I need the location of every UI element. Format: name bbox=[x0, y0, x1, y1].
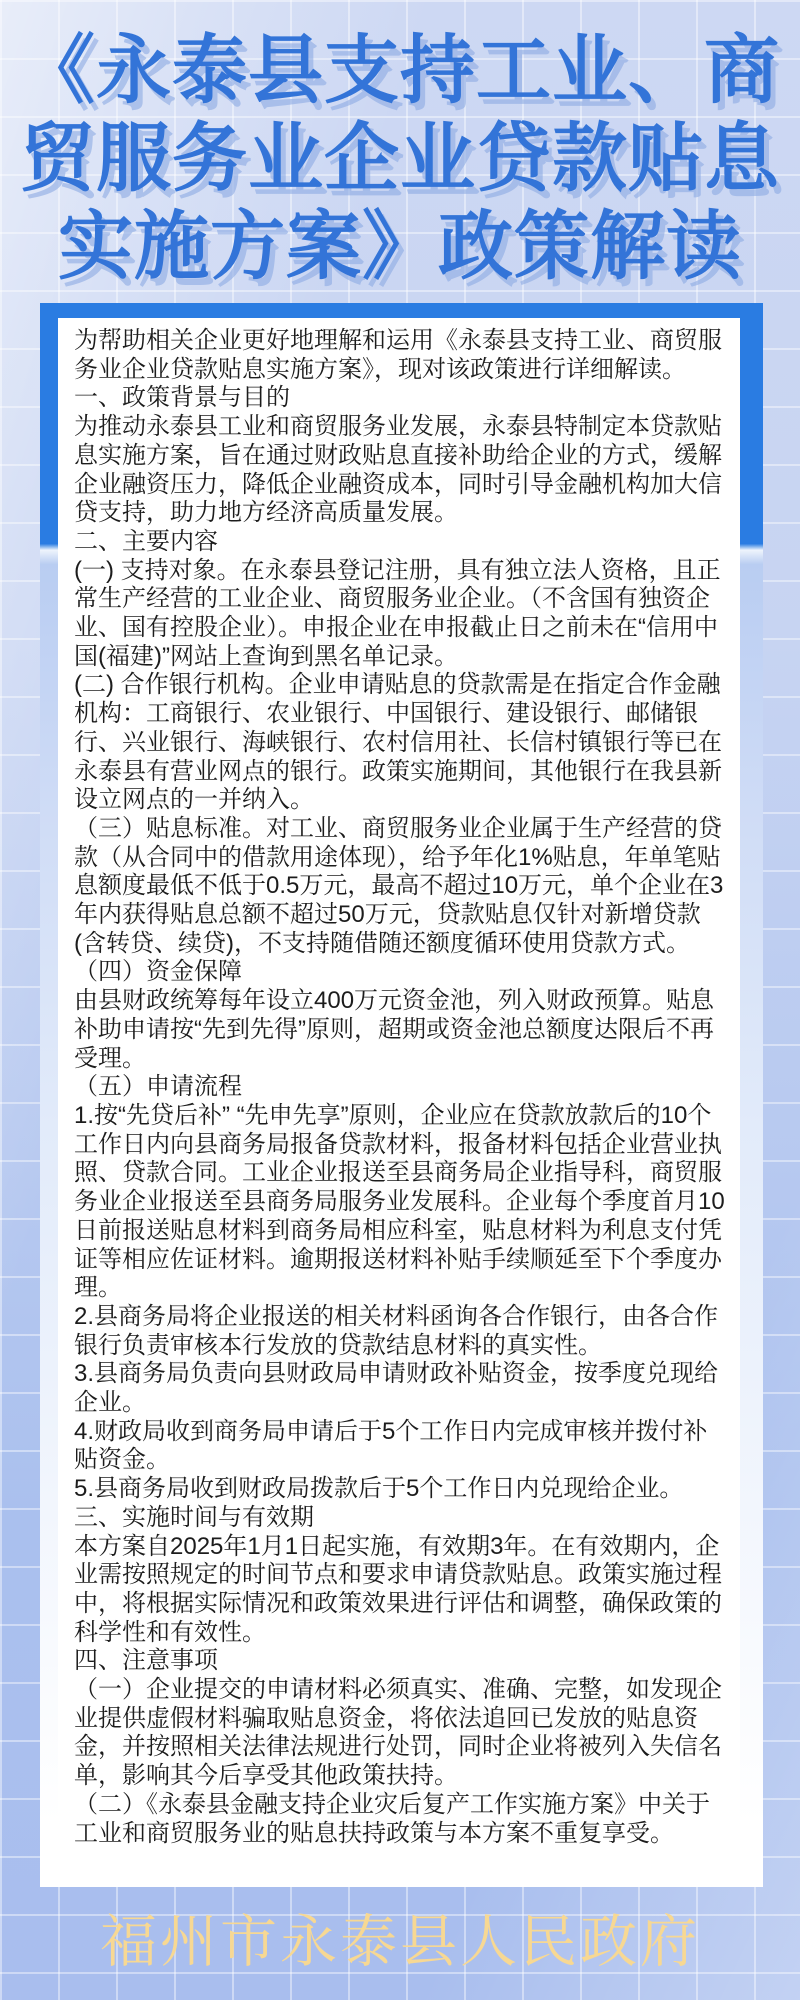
main-title-line-3: 实施方案》政策解读 bbox=[0, 202, 800, 290]
policy-paragraph: 二、主要内容 bbox=[74, 528, 728, 557]
policy-paragraph: (二) 合作银行机构。企业申请贴息的贷款需是在指定合作金融机构：工商银行、农业银… bbox=[74, 671, 728, 815]
policy-paragraph: (一) 支持对象。在永泰县登记注册，具有独立法人资格，且正常生产经营的工业企业、… bbox=[74, 557, 728, 672]
main-title-line-2: 贸服务业企业贷款贴息 bbox=[0, 114, 800, 202]
policy-paragraph: 一、政策背景与目的 bbox=[74, 384, 728, 413]
policy-paragraph: 由县财政统筹每年设立400万元资金池，列入财政预算。贴息补助申请按“先到先得”原… bbox=[74, 987, 728, 1073]
policy-paragraph: 为帮助相关企业更好地理解和运用《永泰县支持工业、商贸服务业企业贷款贴息实施方案》… bbox=[74, 327, 728, 384]
policy-paragraph: （二）《永泰县金融支持企业灾后复产工作实施方案》中关于工业和商贸服务业的贴息扶持… bbox=[74, 1791, 728, 1848]
policy-paragraph: 四、注意事项 bbox=[74, 1647, 728, 1676]
policy-paragraph: 1.按“先贷后补” “先申先享”原则，企业应在贷款放款后的10个工作日内向县商务… bbox=[74, 1102, 728, 1303]
policy-paragraph: 3.县商务局负责向县财政局申请财政补贴资金，按季度兑现给企业。 bbox=[74, 1360, 728, 1417]
policy-paragraph: （一）企业提交的申请材料必须真实、准确、完整，如发现企业提供虚假材料骗取贴息资金… bbox=[74, 1676, 728, 1791]
policy-card-frame: 为帮助相关企业更好地理解和运用《永泰县支持工业、商贸服务业企业贷款贴息实施方案》… bbox=[40, 303, 763, 1887]
policy-paragraph: 5.县商务局收到财政局拨款后于5个工作日内兑现给企业。 bbox=[74, 1475, 728, 1504]
policy-paragraph: （三）贴息标准。对工业、商贸服务业企业属于生产经营的贷款（从合同中的借款用途体现… bbox=[74, 815, 728, 959]
policy-paragraph: （四）资金保障 bbox=[74, 958, 728, 987]
card-paragraphs: 为帮助相关企业更好地理解和运用《永泰县支持工业、商贸服务业企业贷款贴息实施方案》… bbox=[58, 318, 740, 1858]
main-title-line-1: 《永泰县支持工业、商 bbox=[0, 26, 800, 114]
policy-paragraph: 为推动永泰县工业和商贸服务业发展，永泰县特制定本贷款贴息实施方案，旨在通过财政贴… bbox=[74, 413, 728, 528]
policy-paragraph: （五）申请流程 bbox=[74, 1073, 728, 1102]
poster-background: 《永泰县支持工业、商 贸服务业企业贷款贴息 实施方案》政策解读 为帮助相关企业更… bbox=[0, 0, 800, 2000]
main-title: 《永泰县支持工业、商 贸服务业企业贷款贴息 实施方案》政策解读 bbox=[0, 26, 800, 290]
policy-paragraph: 本方案自2025年1月1日起实施，有效期3年。在有效期内，企业需按照规定的时间节… bbox=[74, 1533, 728, 1648]
policy-paragraph: 三、实施时间与有效期 bbox=[74, 1504, 728, 1533]
footer-government-name: 福州市永泰县人民政府 bbox=[0, 1896, 800, 1978]
policy-paragraph: 2.县商务局将企业报送的相关材料函询各合作银行，由各合作银行负责审核本行发放的贷… bbox=[74, 1303, 728, 1360]
policy-paragraph: 4.财政局收到商务局申请后于5个工作日内完成审核并拨付补贴资金。 bbox=[74, 1418, 728, 1475]
